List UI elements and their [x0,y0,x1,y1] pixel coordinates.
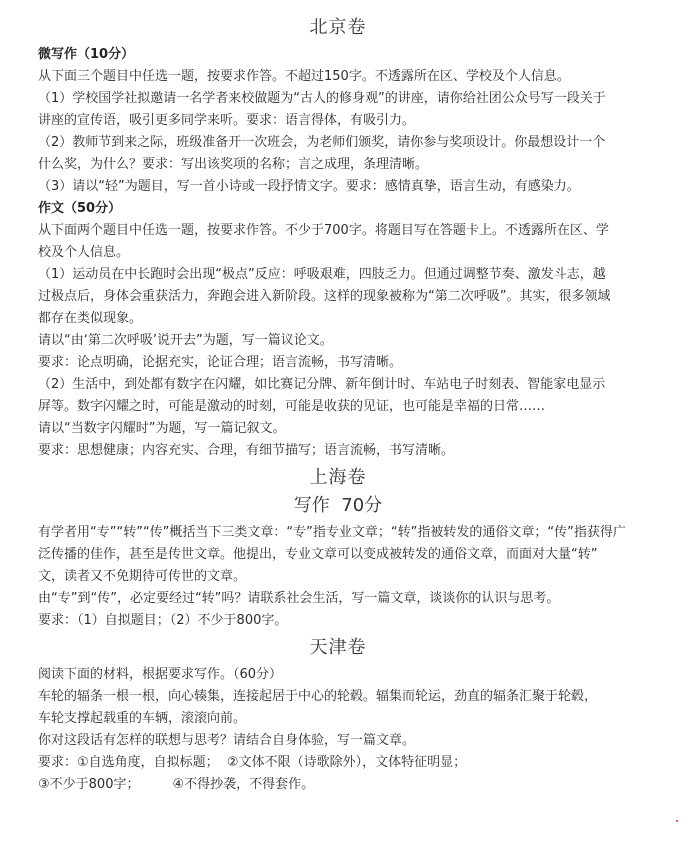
shanghai-task: 由“专”到“传”，必定要经过“转”吗？请联系社会生活，写一篇文章，谈谈你的认识与… [38,588,638,610]
shanghai-line3: 文，读者又不免期待可传世的文章。 [38,566,638,588]
essay-p1-line2: 过极点后，身体会重获活力，奔跑会进入新阶段。这样的现象被称为“第二次呼吸”。其实… [38,286,638,308]
micro-writing-intro: 从下面三个题目中任选一题，按要求作答。不超过150字。不透露所在区、学校及个人信… [38,66,638,88]
tianjin-line1: 车轮的辐条一根一根，向心辏集，连接起居于中心的轮毂。辐集而轮运，劲直的辐条汇聚于… [38,686,638,708]
document-page: 北京卷 微写作（10分） 从下面三个题目中任选一题，按要求作答。不超过150字。… [38,14,638,796]
beijing-section: 北京卷 微写作（10分） 从下面三个题目中任选一题，按要求作答。不超过150字。… [38,14,638,462]
watermark-dot-icon [676,820,678,822]
essay-p2-line1: （2）生活中，到处都有数字在闪耀，如比赛记分牌、新年倒计时、车站电子时刻表、智能… [38,374,638,396]
micro-q3: （3）请以“轻”为题目，写一首小诗或一段抒情文字。要求：感情真挚，语言生动，有感… [38,176,638,198]
tianjin-requirements-1: 要求：①自选角度，自拟标题； ②文体不限（诗歌除外），文体特征明显； [38,752,638,774]
essay-p2-requirements: 要求：思想健康；内容充实、合理，有细节描写；语言流畅，书写清晰。 [38,440,638,462]
shanghai-subtitle: 写作 70分 [38,492,638,520]
beijing-title: 北京卷 [38,14,638,42]
tianjin-line2: 车轮支撑起载重的车辆，滚滚向前。 [38,708,638,730]
tianjin-intro: 阅读下面的材料，根据要求写作。（60分） [38,664,638,686]
essay-p1-line3: 都存在类似现象。 [38,308,638,330]
tianjin-requirements-2: ③不少于800字； ④不得抄袭，不得套作。 [38,774,638,796]
essay-p1-task: 请以“由‘第二次呼吸’说开去”为题，写一篇议论文。 [38,330,638,352]
tianjin-task: 你对这段话有怎样的联想与思考？请结合自身体验，写一篇文章。 [38,730,638,752]
shanghai-section: 上海卷 写作 70分 有学者用“专”“转”“传”概括当下三类文章：“专”指专业文… [38,464,638,632]
essay-p2-line2: 屏等。数字闪耀之时，可能是激动的时刻，可能是收获的见证，也可能是幸福的日常…… [38,396,638,418]
shanghai-requirements: 要求：（1）自拟题目；（2）不少于800字。 [38,610,638,632]
essay-heading: 作文（50分） [38,198,638,220]
micro-q2-line1: （2）教师节到来之际，班级准备开一次班会，为老师们颁奖，请你参与奖项设计。你最想… [38,132,638,154]
essay-p1-line1: （1）运动员在中长跑时会出现“极点”反应：呼吸艰难，四肢乏力。但通过调整节奏、激… [38,264,638,286]
shanghai-line1: 有学者用“专”“转”“传”概括当下三类文章：“专”指专业文章；“转”指被转发的通… [38,522,638,544]
micro-q1-line2: 讲座的宣传语，吸引更多同学来听。要求：语言得体，有吸引力。 [38,110,638,132]
shanghai-line2: 泛传播的佳作，甚至是传世文章。他提出，专业文章可以变成被转发的通俗文章，而面对大… [38,544,638,566]
shanghai-title: 上海卷 [38,464,638,492]
micro-writing-heading: 微写作（10分） [38,44,638,66]
essay-intro-line1: 从下面两个题目中任选一题，按要求作答。不少于700字。将题目写在答题卡上。不透露… [38,220,638,242]
tianjin-title: 天津卷 [38,634,638,662]
micro-q1-line1: （1）学校国学社拟邀请一名学者来校做题为“古人的修身观”的讲座，请你给社团公众号… [38,88,638,110]
essay-p2-task: 请以“当数字闪耀时”为题，写一篇记叙文。 [38,418,638,440]
micro-q2-line2: 什么奖，为什么？要求：写出该奖项的名称；言之成理，条理清晰。 [38,154,638,176]
essay-intro-line2: 校及个人信息。 [38,242,638,264]
essay-p1-requirements: 要求：论点明确，论据充实，论证合理；语言流畅，书写清晰。 [38,352,638,374]
tianjin-section: 天津卷 阅读下面的材料，根据要求写作。（60分） 车轮的辐条一根一根，向心辏集，… [38,634,638,796]
watermark-logo [638,818,682,846]
